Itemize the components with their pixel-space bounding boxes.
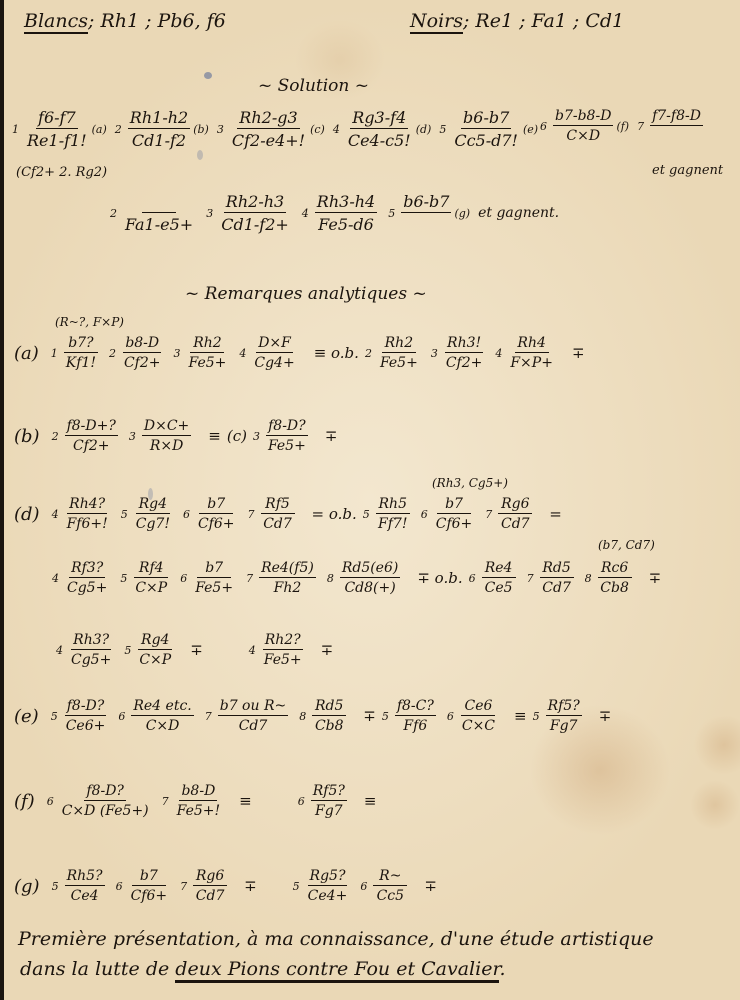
move-number: 8 [585,572,592,585]
remark-d-note-bottom: (b7, Cd7) [598,538,655,552]
move-number: 5 [293,880,300,893]
black-move: Cf6+ [196,514,237,532]
move: 3Rh2Fe5+ [174,335,232,371]
move: 5Rh5Ff7! [363,496,413,532]
remark-f: (f) 6f8-D?C×D (Fe5+) 7b8-DFe5+! ≡ 6Rf5?F… [14,783,382,819]
remark-label: (b) [14,426,40,447]
white-position: Blancs; Rh1 ; Pb6, f6 [24,10,226,32]
black-move: Ce4+ [306,886,350,904]
black-move: Ce5 [483,578,515,596]
equivalence-sign: ≡ [239,792,252,810]
white-move [142,192,176,213]
white-label: Blancs [24,10,88,34]
white-move: R~ [373,868,407,886]
footnote-mark: (e) [523,123,538,136]
move-fraction: Fa1-e5+ [123,192,195,234]
result-sign: ∓ [325,427,338,445]
move: 6Ce6C×C [447,698,500,734]
alt-move-3: 3Rh2-h3Cd1-f2+ [206,192,294,234]
move-fraction: Rh1-h2Cd1-f2 [128,108,190,150]
black-pieces: ; Re1 ; Fa1 ; Cd1 [463,10,624,32]
move-fraction: Rh2-h3Cd1-f2+ [219,192,291,234]
white-move: f8-D? [65,698,107,716]
move: 5f8-D?Ce6+ [51,698,111,734]
black-move: Cc5-d7! [452,129,520,150]
black-move: Fe5+! [175,801,223,819]
white-move: Rh4 [515,335,549,353]
move: 1b7?Kf1! [51,335,101,371]
white-move: Rc6 [598,560,632,578]
equivalence-sign: ≡ [514,707,527,725]
black-move: Cf2-e4+! [230,129,307,150]
white-move: Rg4 [136,496,170,514]
black-move: Fe5-d6 [316,213,376,234]
move: 5Rh5?Ce4 [52,868,108,904]
footnote-mark: (a) [92,123,107,136]
move-number: 4 [52,572,59,585]
white-move: b7? [64,335,98,353]
black-move: C×D (Fe5+) [60,801,151,819]
footnote-mark: (g) [454,207,470,220]
black-move [672,126,680,144]
closing-suffix: . [499,958,505,980]
black-move: C×C [460,716,497,734]
white-move: Rh3-h4 [315,192,377,213]
white-move: Rh2? [263,632,303,650]
move-number: 3 [129,430,136,443]
move: 7b8-DFe5+! [162,783,226,819]
remark-a: (a) 1b7?Kf1! 2b8-DCf2+ 3Rh2Fe5+ 4D×FCg4+… [14,335,591,371]
black-move: Cg5+ [69,650,113,668]
move: 6f8-D?C×D (Fe5+) [47,783,154,819]
black-move: Ff6 [401,716,429,734]
move-fraction: b6-b7 [401,192,451,234]
move-fraction: b6-b7Cc5-d7! [452,108,520,150]
main-line-note: (Cf2+ 2. Rg2) [16,165,107,180]
move-number: 6 [180,572,187,585]
white-move: f6-f7 [36,108,78,129]
white-move: Rh5? [65,868,105,886]
move: 8Rd5Cb8 [299,698,349,734]
move-number: 5 [388,207,395,220]
move-number: 7 [246,572,253,585]
move-number: 6 [360,880,367,893]
move: 3Rh3!Cf2+ [431,335,488,371]
document-page: Blancs; Rh1 ; Pb6, f6 Noirs; Re1 ; Fa1 ;… [0,0,740,1000]
black-move: Cg4+ [252,353,296,371]
page-edge-shadow [0,0,4,1000]
move-number: 5 [51,710,58,723]
white-move: D×C+ [142,418,191,436]
white-move: Rh5 [376,496,410,514]
black-move: Cc5 [375,886,406,904]
result-sign: ∓ [244,877,257,895]
move-number: 4 [239,347,246,360]
white-move: Rf5? [311,783,347,801]
move-number: 3 [253,430,260,443]
black-move: Cd7 [499,514,532,532]
move: 2b8-DCf2+ [109,335,166,371]
result-sign: ∓ [599,707,612,725]
remark-label: (f) [14,791,35,812]
white-move: Rg4 [138,632,172,650]
black-move: Cf6+ [129,886,170,904]
move-number: 8 [299,710,306,723]
move-6: 6b7-b8-DC×D(f) [540,108,629,144]
remark-a-note: (R~?, F×P) [55,315,124,329]
footnote-mark: (b) [193,123,209,136]
black-label: Noirs [410,10,463,34]
move-number: 2 [110,207,117,220]
move: 4D×FCg4+ [239,335,299,371]
black-move: Fe5+ [266,436,308,454]
black-move: Ce6+ [64,716,108,734]
white-move: b7 [437,496,471,514]
solution-main-line: 1f6-f7Re1-f1!(a) 2Rh1-h2Cd1-f2(b) 3Rh2-g… [12,108,546,150]
move: 5f8-C?Ff6 [382,698,439,734]
black-move: C×D [564,126,602,144]
move: 6Re4Ce5 [469,560,519,596]
equivalence-sign: ∓ o.b. [417,569,462,587]
result-sign: ≡ [364,792,377,810]
move: 8Rd5(e6)Cd8(+) [327,560,404,596]
move: 6Rf5?Fg7 [298,783,350,819]
black-move: C×P [137,650,173,668]
move: 5Rg5?Ce4+ [293,868,353,904]
move-fraction: Rh2-g3Cf2-e4+! [230,108,307,150]
black-move: Cd8(+) [342,578,397,596]
closing-line-2: dans la lutte de deux Pions contre Fou e… [20,958,506,980]
move: 6b7Cf6+ [421,496,478,532]
move-number: 5 [120,572,127,585]
white-move: b7 [199,496,233,514]
black-move: C×D [144,716,182,734]
black-move: Cf2+ [122,353,163,371]
result-sign: ∓ [424,877,437,895]
white-move: b6-b7 [461,108,511,129]
move-number: 8 [327,572,334,585]
move-number: 6 [540,120,547,133]
black-move: Cf2+ [444,353,485,371]
move-number: 2 [52,430,59,443]
equivalence-sign: = o.b. [312,505,357,523]
white-move: b7 ou R~ [218,698,289,716]
white-move: f8-D? [266,418,308,436]
white-pieces: ; Rh1 ; Pb6, f6 [88,10,226,32]
white-move: b7 [197,560,231,578]
black-move: Fe5+ [187,353,229,371]
result-sign: ∓ [190,641,203,659]
white-move: Ce6 [461,698,495,716]
move-fraction: f7-f8-D [650,108,703,144]
white-move: Rg6 [498,496,532,514]
move-number: 4 [495,347,502,360]
white-move: Rh2 [382,335,416,353]
move-2: 2Rh1-h2Cd1-f2(b) [115,108,209,150]
move-number: 1 [12,123,19,136]
closing-emphasis: deux Pions contre Fou et Cavalier [175,958,499,983]
black-move: Fe5+ [193,578,235,596]
white-move: Rf5? [546,698,582,716]
white-move: Rf3? [69,560,105,578]
move-number: 6 [298,795,305,808]
white-move: Rd5 [540,560,574,578]
solution-main-line-cont: 6b7-b8-DC×D(f) 7f7-f8-D [540,108,714,144]
move-number: 4 [52,508,59,521]
remark-ref: (c) [227,427,247,445]
move: 5Rg4Cg7! [121,496,175,532]
move: 4Rh4?Ff6+! [52,496,113,532]
move-number: 4 [333,123,340,136]
move-number: 6 [421,508,428,521]
move-number: 5 [124,644,131,657]
move: 2f8-D+?Cf2+ [52,418,121,454]
white-move: b6-b7 [401,192,451,213]
move: 2Rh2Fe5+ [365,335,423,371]
white-move: Rd5(e6) [340,560,401,578]
ink-blot [197,150,203,160]
white-move: f8-D+? [65,418,118,436]
main-line-result: et gagnent [652,163,723,178]
footnote-mark: (d) [416,123,432,136]
white-move: Re4 etc. [131,698,193,716]
white-move: Rh3? [71,632,111,650]
alt-move-2: 2 Fa1-e5+ [110,192,198,234]
move: 4Rh4F×P+ [495,335,558,371]
white-move: Re4 [482,560,516,578]
move-number: 5 [121,508,128,521]
white-move: Rd5 [312,698,346,716]
move-number: 5 [533,710,540,723]
move-number: 2 [109,347,116,360]
move-number: 7 [180,880,187,893]
move-number: 5 [382,710,389,723]
black-move: Kf1! [64,353,98,371]
remark-label: (a) [14,343,39,364]
black-move: Fh2 [272,578,304,596]
move: 7Rg6Cd7 [180,868,230,904]
black-move: Cg7! [134,514,172,532]
white-move: b8-D [123,335,161,353]
move: 5Rf4C×P [120,560,172,596]
move-number: 6 [116,880,123,893]
move: 3f8-D?Fe5+ [253,418,311,454]
move-1: 1f6-f7Re1-f1!(a) [12,108,107,150]
white-move: Rg3-f4 [350,108,408,129]
solution-title: ~ Solution ~ [258,76,369,96]
black-move: Ff6+! [65,514,110,532]
black-move: Fg7 [313,801,345,819]
move-number: 7 [248,508,255,521]
alt-move-4: 4Rh3-h4Fe5-d6 [302,192,380,234]
move: 4Rf3?Cg5+ [52,560,112,596]
white-move: Rf4 [134,560,168,578]
move: 8Rc6Cb8 [585,560,635,596]
remark-e: (e) 5f8-D?Ce6+ 6Re4 etc.C×D 7b7 ou R~Cd7… [14,698,617,734]
move-number: 2 [115,123,122,136]
result-sign: ∓ [321,641,334,659]
black-move: Ce4-c5! [346,129,413,150]
move-number: 7 [527,572,534,585]
move-number: 7 [205,710,212,723]
move-fraction: b7-b8-DC×D [553,108,613,144]
move-4: 4Rg3-f4Ce4-c5!(d) [333,108,432,150]
remark-label: (g) [14,876,40,897]
remarks-title: ~ Remarques analytiques ~ [185,284,427,304]
move: 6b7Fe5+ [180,560,238,596]
move-number: 6 [183,508,190,521]
result-sign: ∓ [363,707,376,725]
white-move: Rh2 [190,335,224,353]
move-number: 3 [217,123,224,136]
move-fraction: Rh3-h4Fe5-d6 [315,192,377,234]
move-number: 3 [174,347,181,360]
black-move: Cd7 [237,716,270,734]
black-move: Cd1-f2+ [219,213,291,234]
black-move: Fg7 [548,716,580,734]
solution-alt-line: 2 Fa1-e5+ 3Rh2-h3Cd1-f2+ 4Rh3-h4Fe5-d6 5… [110,192,559,234]
white-move: Rg5? [308,868,348,886]
closing-prefix: dans la lutte de [20,958,169,980]
black-move: Cb8 [313,716,346,734]
black-move: Cd1-f2 [130,129,188,150]
move-number: 7 [637,120,644,133]
remark-label: (e) [14,706,39,727]
black-move: Cd7 [261,514,294,532]
move: 5Rg4C×P [124,632,176,668]
white-move: Rh4? [67,496,107,514]
move: 7b7 ou R~Cd7 [205,698,292,734]
remark-b: (b) 2f8-D+?Cf2+ 3D×C+R×D ≡ (c) 3f8-D?Fe5… [14,418,343,454]
move-number: 6 [118,710,125,723]
black-move: Fe5+ [378,353,420,371]
move: 4Rh2?Fe5+ [249,632,307,668]
black-move: Fe5+ [262,650,304,668]
move-number: 6 [469,572,476,585]
move-number: 5 [363,508,370,521]
move: 6Re4 etc.C×D [118,698,196,734]
footnote-mark: (f) [616,120,629,133]
white-move: f7-f8-D [650,108,703,126]
move-5: 5b6-b7Cc5-d7!(e) [439,108,538,150]
move: 4Rh3?Cg5+ [56,632,116,668]
move: 7Rg6Cd7 [485,496,535,532]
result-sign: = [549,505,562,523]
move-number: 2 [365,347,372,360]
move-number: 4 [249,644,256,657]
black-move: Cb8 [598,578,631,596]
black-move: Re1-f1! [25,129,89,150]
black-move: Cf2+ [71,436,112,454]
black-move: Cg5+ [65,578,109,596]
move: 3D×C+R×D [129,418,194,454]
closing-line-1: Première présentation, à ma connaissance… [18,928,654,950]
result-sign: ∓ [572,344,585,362]
move-number: 4 [302,207,309,220]
equivalence-sign: ≡ o.b. [314,344,359,362]
white-move: b7-b8-D [553,108,613,126]
black-move: Ce4 [69,886,101,904]
white-move: Rf5 [261,496,295,514]
move: 6b7Cf6+ [116,868,173,904]
move-number: 6 [47,795,54,808]
white-move: Rh2-g3 [237,108,299,129]
move-3: 3Rh2-g3Cf2-e4+!(c) [217,108,325,150]
white-move: Rg6 [193,868,227,886]
move-7: 7f7-f8-D [637,108,706,144]
white-move: Re4(f5) [259,560,316,578]
remark-d-row3: 4Rh3?Cg5+ 5Rg4C×P ∓ 4Rh2?Fe5+ ∓ [56,632,339,668]
white-move: b8-D [179,783,217,801]
move-number: 7 [485,508,492,521]
result-sign: ∓ [649,569,662,587]
move-number: 1 [51,347,58,360]
move-number: 3 [206,207,213,220]
black-move: Cd7 [194,886,227,904]
move-number: 5 [52,880,59,893]
move-fraction: f6-f7Re1-f1! [25,108,89,150]
remark-d-row1: (d) 4Rh4?Ff6+! 5Rg4Cg7! 6b7Cf6+ 7Rf5Cd7 … [14,496,568,532]
black-move: F×P+ [508,353,555,371]
black-move: Fa1-e5+ [123,213,195,234]
black-move: R×D [148,436,186,454]
white-move: f8-C? [395,698,436,716]
move-number: 7 [162,795,169,808]
move-fraction: Rg3-f4Ce4-c5! [346,108,413,150]
ink-blot [204,72,212,79]
white-move: f8-D? [84,783,126,801]
move: 7Rd5Cd7 [527,560,577,596]
black-move: Cf6+ [434,514,475,532]
white-move: Rh2-h3 [224,192,286,213]
black-position: Noirs; Re1 ; Fa1 ; Cd1 [410,10,624,32]
white-move: b7 [132,868,166,886]
white-move: Rh3! [445,335,483,353]
remark-d-row2: 4Rf3?Cg5+ 5Rf4C×P 6b7Fe5+ 7Re4(f5)Fh2 8R… [52,560,667,596]
move: 7Re4(f5)Fh2 [246,560,319,596]
remark-g: (g) 5Rh5?Ce4 6b7Cf6+ 7Rg6Cd7 ∓ 5Rg5?Ce4+… [14,868,443,904]
move-number: 3 [431,347,438,360]
black-move [422,213,431,234]
move: 7Rf5Cd7 [248,496,298,532]
move-number: 4 [56,644,63,657]
white-move: D×F [256,335,293,353]
black-move: C×P [133,578,169,596]
black-move: Ff7! [376,514,409,532]
black-move: Cd7 [540,578,573,596]
move-number: 5 [439,123,446,136]
remark-d-note-top: (Rh3, Cg5+) [432,476,508,490]
alt-line-result: et gagnent. [478,205,559,221]
move: 6b7Cf6+ [183,496,240,532]
move: 6R~Cc5 [360,868,410,904]
move: 5Rf5?Fg7 [533,698,585,734]
white-move: Rh1-h2 [128,108,190,129]
alt-move-5: 5b6-b7 (g) [388,192,470,234]
remark-label: (d) [14,504,40,525]
move-number: 6 [447,710,454,723]
equivalence-sign: ≡ [208,427,221,445]
footnote-mark: (c) [310,123,325,136]
